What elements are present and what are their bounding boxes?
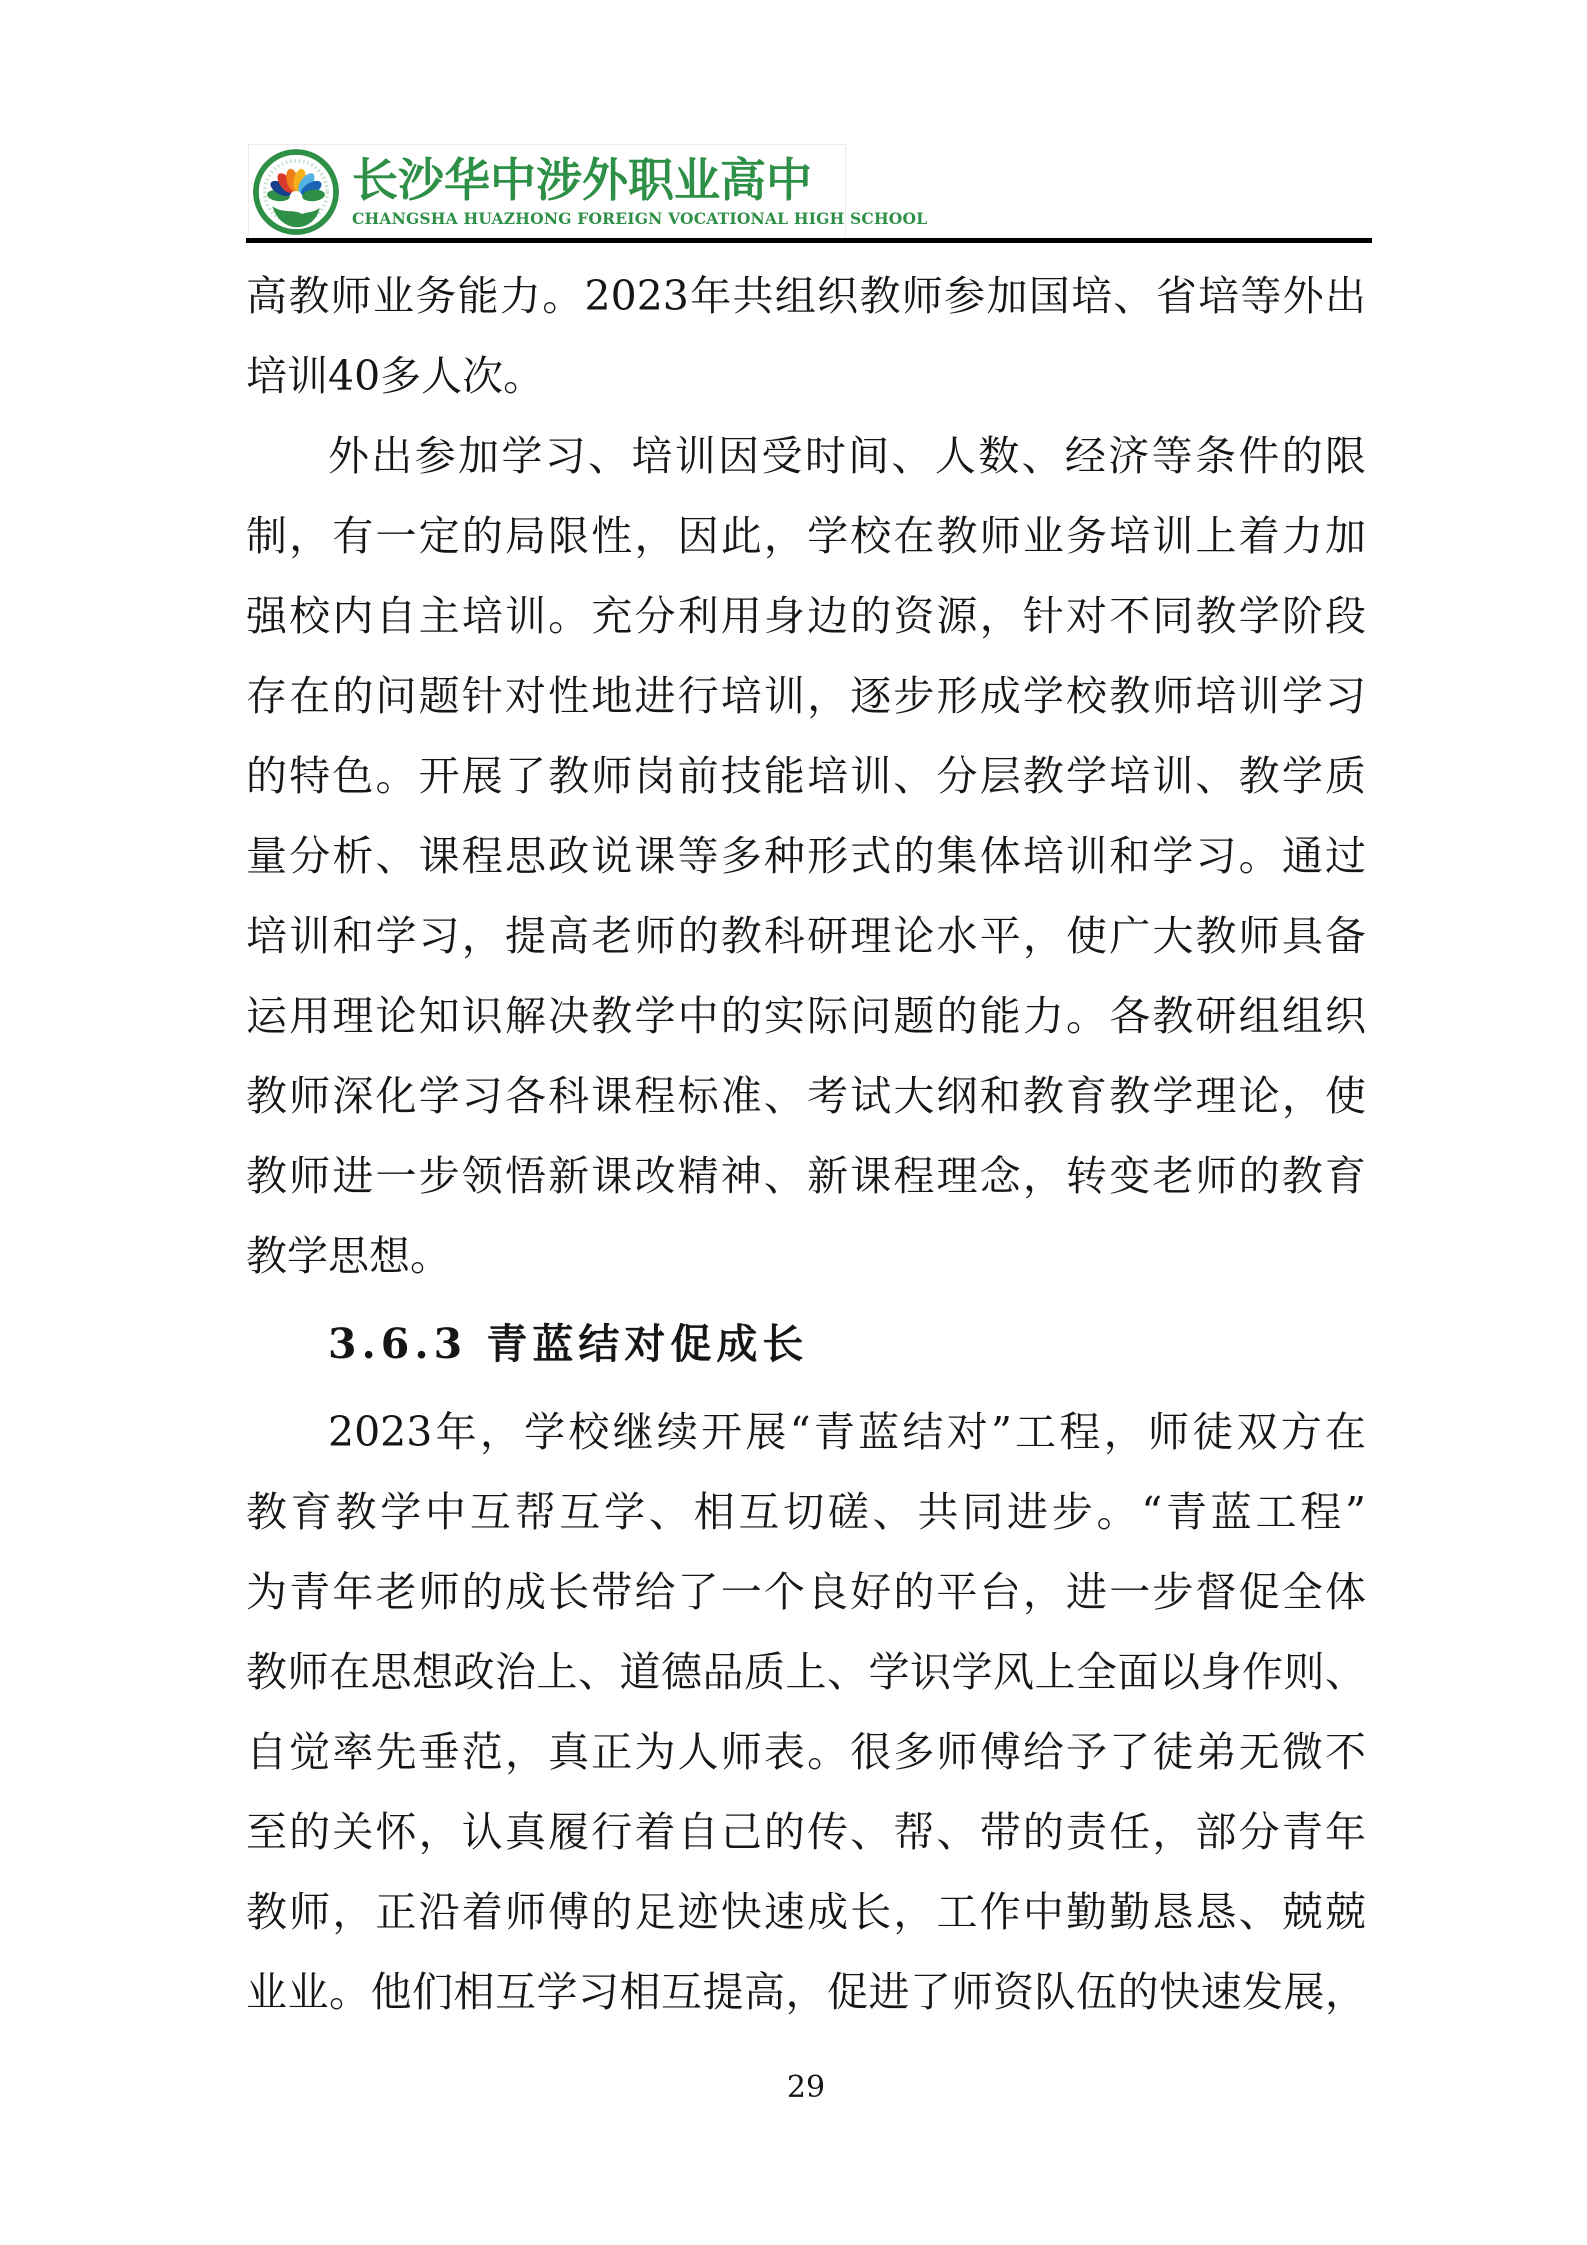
document-body: 高教师业务能力。2023年共组织教师参加国培、省培等外出 培训40多人次。 外出… — [246, 256, 1366, 2032]
paragraph-continued: 高教师业务能力。2023年共组织教师参加国培、省培等外出 培训40多人次。 — [246, 256, 1366, 416]
text-line: 教师，正沿着师傅的足迹快速成长，工作中勤勤恳恳、兢兢 — [246, 1872, 1366, 1952]
school-name-en: CHANGSHA HUAZHONG FOREIGN VOCATIONAL HIG… — [352, 209, 845, 228]
text-line: 至的关怀，认真履行着自己的传、帮、带的责任，部分青年 — [246, 1792, 1366, 1872]
school-emblem-icon — [252, 148, 340, 236]
school-titles: 长沙华中涉外职业高中 CHANGSHA HUAZHONG FOREIGN VOC… — [352, 156, 845, 228]
text-line: 强校内自主培训。充分利用身边的资源，针对不同教学阶段 — [246, 576, 1366, 656]
text-line: 为青年老师的成长带给了一个良好的平台，进一步督促全体 — [246, 1552, 1366, 1632]
section-heading: 3.6.3 青蓝结对促成长 — [246, 1304, 1366, 1384]
text-line: 外出参加学习、培训因受时间、人数、经济等条件的限 — [246, 416, 1366, 496]
page-footer: 29 — [246, 2068, 1366, 2108]
text-line: 制，有一定的局限性，因此，学校在教师业务培训上着力加 — [246, 496, 1366, 576]
header-divider — [246, 238, 1372, 243]
text-line: 业业。他们相互学习相互提高，促进了师资队伍的快速发展， — [246, 1952, 1366, 2032]
text-line: 教学思想。 — [246, 1216, 1366, 1296]
text-line: 存在的问题针对性地进行培训，逐步形成学校教师培训学习 — [246, 656, 1366, 736]
text-line: 教师在思想政治上、道德品质上、学识学风上全面以身作则、 — [246, 1632, 1366, 1712]
text-line: 高教师业务能力。2023年共组织教师参加国培、省培等外出 — [246, 256, 1366, 336]
document-page: 长沙华中涉外职业高中 CHANGSHA HUAZHONG FOREIGN VOC… — [0, 0, 1587, 2245]
text-line: 培训40多人次。 — [246, 336, 1366, 416]
text-line: 教师深化学习各科课程标准、考试大纲和教育教学理论，使 — [246, 1056, 1366, 1136]
text-line: 的特色。开展了教师岗前技能培训、分层教学培训、教学质 — [246, 736, 1366, 816]
text-line: 量分析、课程思政说课等多种形式的集体培训和学习。通过 — [246, 816, 1366, 896]
school-logo: 长沙华中涉外职业高中 CHANGSHA HUAZHONG FOREIGN VOC… — [248, 144, 846, 240]
text-line: 运用理论知识解决教学中的实际问题的能力。各教研组组织 — [246, 976, 1366, 1056]
text-line: 教师进一步领悟新课改精神、新课程理念，转变老师的教育 — [246, 1136, 1366, 1216]
paragraph-mentoring: 2023年，学校继续开展“青蓝结对”工程，师徒双方在 教育教学中互帮互学、相互切… — [246, 1392, 1366, 2032]
text-line: 自觉率先垂范，真正为人师表。很多师傅给予了徒弟无微不 — [246, 1712, 1366, 1792]
page-number: 29 — [787, 2070, 825, 2105]
school-name-cn: 长沙华中涉外职业高中 — [352, 156, 845, 204]
text-line: 培训和学习，提高老师的教科研理论水平，使广大教师具备 — [246, 896, 1366, 976]
text-line: 2023年，学校继续开展“青蓝结对”工程，师徒双方在 — [246, 1392, 1366, 1472]
paragraph-training: 外出参加学习、培训因受时间、人数、经济等条件的限 制，有一定的局限性，因此，学校… — [246, 416, 1366, 1296]
text-line: 教育教学中互帮互学、相互切磋、共同进步。“青蓝工程” — [246, 1472, 1366, 1552]
